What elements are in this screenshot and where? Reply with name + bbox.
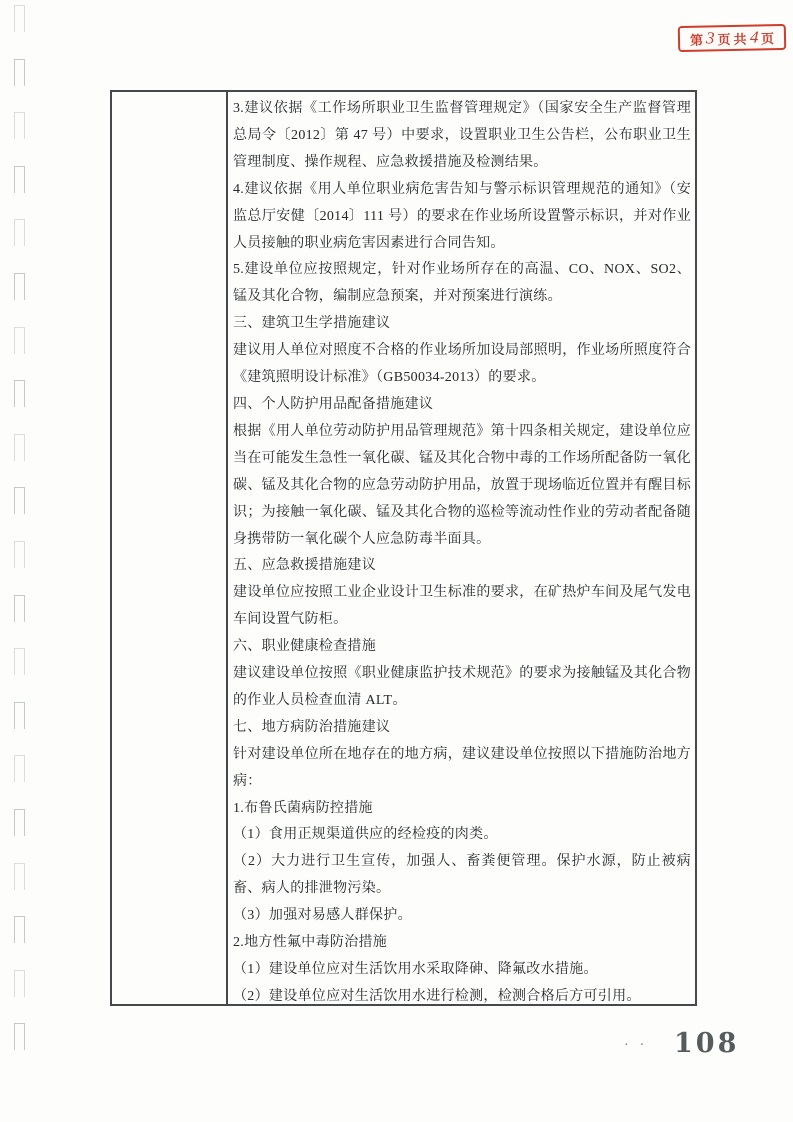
paragraph: （1）建设单位应对生活饮用水采取降砷、降氟改水措施。 (233, 957, 691, 984)
stamp-label-di: 第 (690, 29, 703, 48)
page-count-stamp: 第 3 页 共 4 页 (678, 24, 787, 52)
paragraph: （2）大力进行卫生宣传，加强人、畜粪便管理。保护水源，防止被病畜、病人的排泄物污… (233, 849, 691, 903)
paragraph: 五、应急救援措施建议 (233, 553, 691, 580)
binder-hole-mark (14, 380, 25, 407)
binder-hole-mark (14, 59, 25, 86)
paragraph: 针对建设单位所在地存在的地方病，建议建设单位按照以下措施防治地方病： (233, 742, 691, 796)
paragraph: 四、个人防护用品配备措施建议 (233, 392, 691, 419)
page-number: 108 (674, 1028, 739, 1059)
paragraph: （1）食用正规渠道供应的经检疫的肉类。 (233, 822, 691, 849)
table-right-column: 3.建议依据《工作场所职业卫生监督管理规定》（国家安全生产监督管理总局令〔201… (228, 92, 695, 1004)
paragraph: 建议建设单位按照《职业健康监护技术规范》的要求为接触锰及其化合物的作业人员检查血… (233, 661, 691, 715)
binder-hole-mark (14, 863, 25, 890)
binder-hole-mark (14, 434, 25, 461)
binder-hole-mark (14, 648, 25, 675)
binder-hole-mark (14, 970, 25, 997)
paragraph: 六、职业健康检查措施 (233, 634, 691, 661)
binder-hole-mark (14, 1023, 25, 1050)
paragraph: 七、地方病防治措施建议 (233, 715, 691, 742)
binder-hole-mark (14, 595, 25, 622)
stamp-label-gong: 共 (733, 28, 746, 47)
paragraph: 建设单位应按照工业企业设计卫生标准的要求，在矿热炉车间及尾气发电车间设置气防柜。 (233, 580, 691, 634)
paragraph: 三、建筑卫生学措施建议 (233, 311, 691, 338)
binder-hole-mark (14, 916, 25, 943)
binder-hole-mark (14, 755, 25, 782)
binder-hole-mark (14, 327, 25, 354)
stamp-page-number: 3 (706, 29, 715, 46)
binder-hole-mark (14, 541, 25, 568)
binder-hole-mark (14, 809, 25, 836)
paragraph: 建议用人单位对照度不合格的作业场所加设局部照明，作业场所照度符合《建筑照明设计标… (233, 338, 691, 392)
table-left-column (112, 92, 228, 1004)
paragraph: （3）加强对易感人群保护。 (233, 903, 691, 930)
document-table: 3.建议依据《工作场所职业卫生监督管理规定》（国家安全生产监督管理总局令〔201… (110, 90, 697, 1006)
binder-hole-mark (14, 5, 25, 32)
paragraph: 1.布鲁氏菌病防控措施 (233, 796, 691, 823)
stamp-label-ye2: 页 (761, 28, 774, 47)
paragraph: 3.建议依据《工作场所职业卫生监督管理规定》（国家安全生产监督管理总局令〔201… (233, 96, 691, 177)
binder-hole-mark (14, 487, 25, 514)
stamp-total-pages: 4 (749, 28, 758, 45)
scanned-page: 第 3 页 共 4 页 3.建议依据《工作场所职业卫生监督管理规定》（国家安全生… (0, 0, 793, 1122)
binder-hole-mark (14, 219, 25, 246)
paragraph: 2.地方性氟中毒防治措施 (233, 930, 691, 957)
paragraph: （2）建设单位应对生活饮用水进行检测，检测合格后方可引用。 (233, 984, 691, 1004)
binder-hole-mark (14, 273, 25, 300)
stamp-label-ye1: 页 (717, 29, 730, 48)
paragraph: 5.建设单位应按照规定，针对作业场所存在的高温、CO、NOX、SO2、锰及其化合… (233, 257, 691, 311)
binder-hole-mark (14, 166, 25, 193)
binder-hole-mark (14, 702, 25, 729)
paragraph: 4.建议依据《用人单位职业病危害告知与警示标识管理规范的通知》（安监总厅安健〔2… (233, 177, 691, 258)
scan-speckle-dots: ·· (624, 1038, 655, 1054)
binder-hole-mark (14, 112, 25, 139)
paragraph: 根据《用人单位劳动防护用品管理规范》第十四条相关规定，建设单位应当在可能发生急性… (233, 419, 691, 554)
